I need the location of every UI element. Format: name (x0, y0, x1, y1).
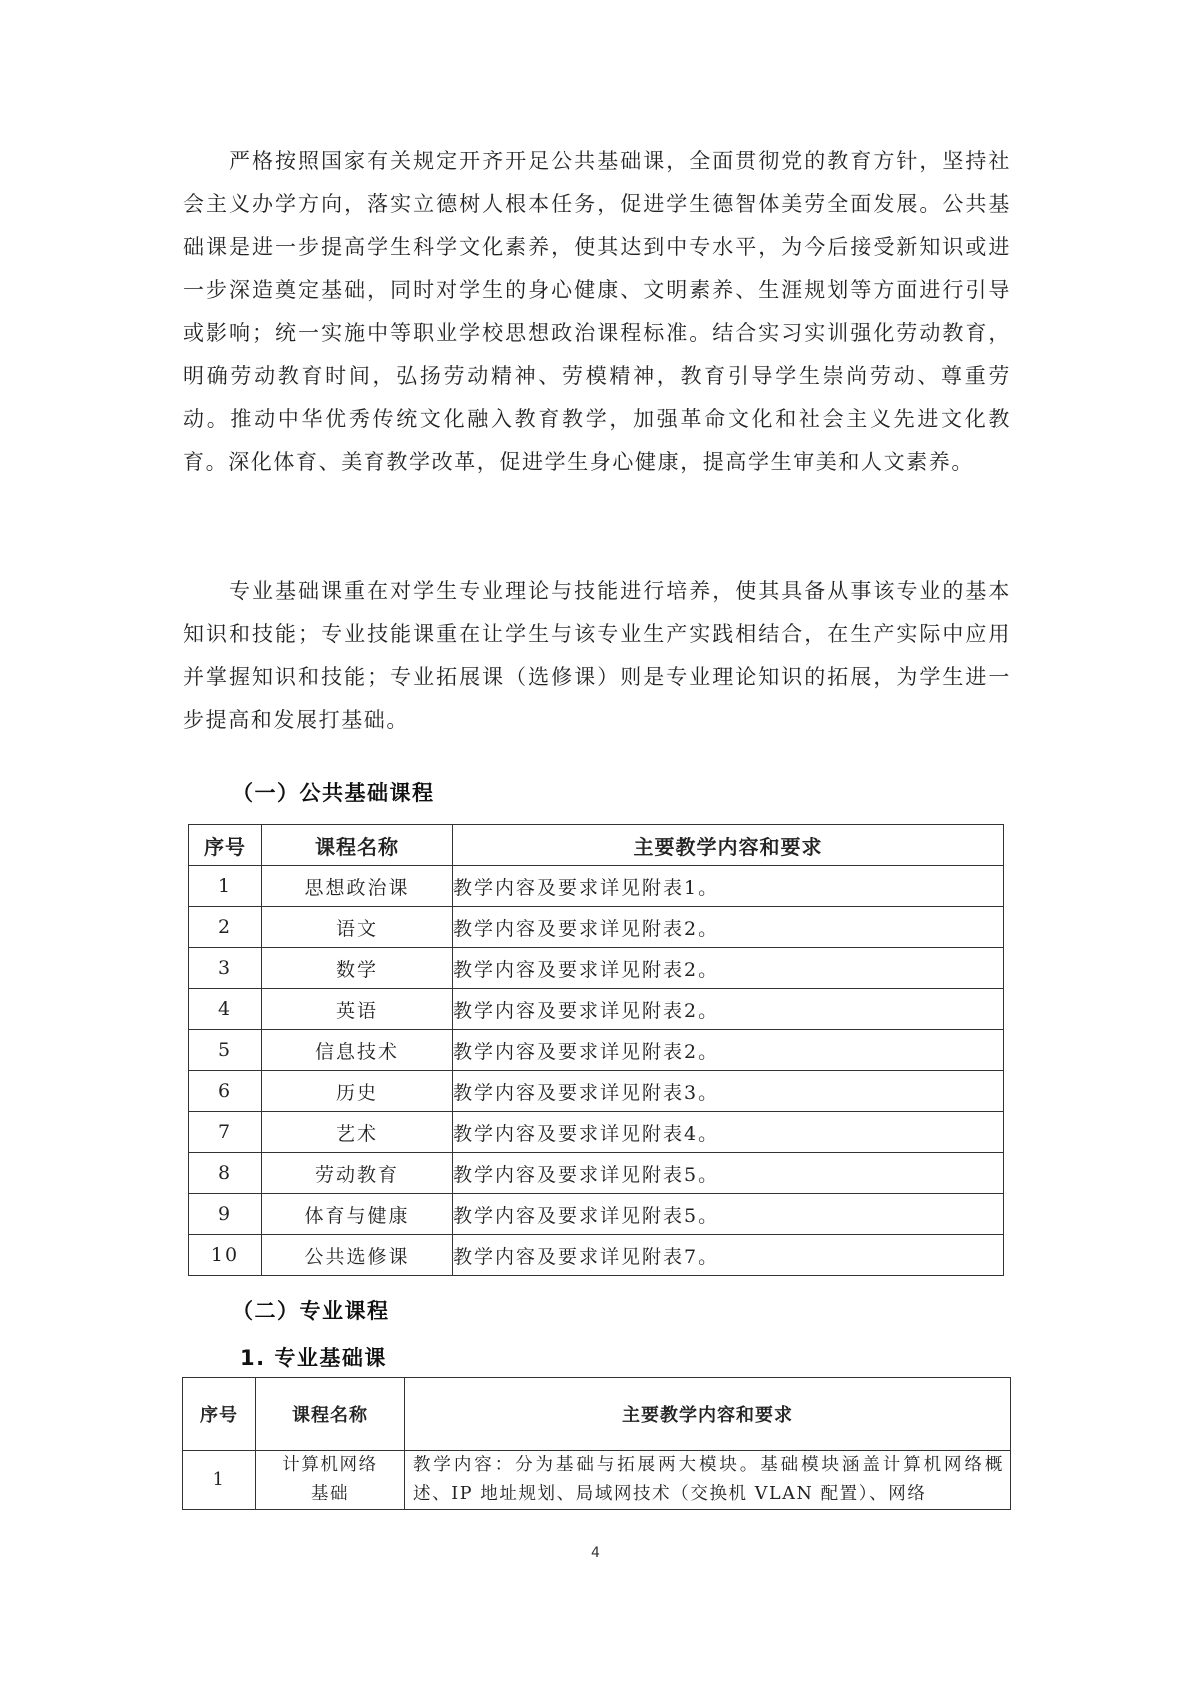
row-content: 教学内容及要求详见附表2。 (453, 948, 1004, 989)
header-content: 主要教学内容和要求 (453, 825, 1004, 866)
table-header-row: 序号 课程名称 主要教学内容和要求 (183, 1378, 1011, 1451)
row-no: 10 (189, 1235, 262, 1276)
row-content: 教学内容及要求详见附表1。 (453, 866, 1004, 907)
row-course-name: 劳动教育 (262, 1153, 453, 1194)
row-course-name: 思想政治课 (262, 866, 453, 907)
course-name-line-1: 计算机网络 (256, 1451, 404, 1480)
row-content: 教学内容及要求详见附表5。 (453, 1153, 1004, 1194)
row-course-name: 计算机网络 基础 (256, 1451, 405, 1510)
row-no: 1 (183, 1451, 256, 1510)
header-course-name: 课程名称 (262, 825, 453, 866)
course-name-line-2: 基础 (256, 1480, 404, 1509)
header-no: 序号 (183, 1378, 256, 1451)
row-no: 1 (189, 866, 262, 907)
row-content: 教学内容及要求详见附表3。 (453, 1071, 1004, 1112)
public-courses-table: 序号 课程名称 主要教学内容和要求 1 思想政治课 教学内容及要求详见附表1。 … (188, 824, 1004, 1276)
row-content: 教学内容及要求详见附表5。 (453, 1194, 1004, 1235)
row-no: 3 (189, 948, 262, 989)
subheading-professional-foundation: 1. 专业基础课 (240, 1342, 387, 1372)
row-no: 6 (189, 1071, 262, 1112)
paragraph-professional-courses: 专业基础课重在对学生专业理论与技能进行培养，使其具备从事该专业的基本知识和技能；… (183, 570, 1011, 742)
row-course-name: 语文 (262, 907, 453, 948)
header-content: 主要教学内容和要求 (405, 1378, 1011, 1451)
table-row: 6 历史 教学内容及要求详见附表3。 (189, 1071, 1004, 1112)
header-no: 序号 (189, 825, 262, 866)
table-row: 1 计算机网络 基础 教学内容：分为基础与拓展两大模块。基础模块涵盖计算机网络概… (183, 1451, 1011, 1510)
table-row: 4 英语 教学内容及要求详见附表2。 (189, 989, 1004, 1030)
paragraph-public-foundation: 严格按照国家有关规定开齐开足公共基础课，全面贯彻党的教育方针，坚持社会主义办学方… (183, 140, 1011, 484)
row-no: 8 (189, 1153, 262, 1194)
document-page: 严格按照国家有关规定开齐开足公共基础课，全面贯彻党的教育方针，坚持社会主义办学方… (0, 0, 1191, 1684)
row-content: 教学内容：分为基础与拓展两大模块。基础模块涵盖计算机网络概述、IP 地址规划、局… (405, 1451, 1011, 1510)
table-row: 8 劳动教育 教学内容及要求详见附表5。 (189, 1153, 1004, 1194)
row-course-name: 体育与健康 (262, 1194, 453, 1235)
row-no: 5 (189, 1030, 262, 1071)
row-no: 4 (189, 989, 262, 1030)
row-course-name: 数学 (262, 948, 453, 989)
row-content: 教学内容及要求详见附表2。 (453, 989, 1004, 1030)
table-row: 10 公共选修课 教学内容及要求详见附表7。 (189, 1235, 1004, 1276)
page-number: 4 (0, 1545, 1191, 1561)
section-heading-public-courses: （一）公共基础课程 (232, 777, 435, 807)
table-row: 1 思想政治课 教学内容及要求详见附表1。 (189, 866, 1004, 907)
row-content: 教学内容及要求详见附表2。 (453, 1030, 1004, 1071)
table-row: 7 艺术 教学内容及要求详见附表4。 (189, 1112, 1004, 1153)
row-course-name: 信息技术 (262, 1030, 453, 1071)
table-row: 9 体育与健康 教学内容及要求详见附表5。 (189, 1194, 1004, 1235)
row-course-name: 艺术 (262, 1112, 453, 1153)
row-no: 7 (189, 1112, 262, 1153)
section-heading-professional-courses: （二）专业课程 (232, 1295, 390, 1325)
table-row: 2 语文 教学内容及要求详见附表2。 (189, 907, 1004, 948)
row-no: 9 (189, 1194, 262, 1235)
row-content: 教学内容及要求详见附表4。 (453, 1112, 1004, 1153)
row-course-name: 公共选修课 (262, 1235, 453, 1276)
row-no: 2 (189, 907, 262, 948)
table-row: 5 信息技术 教学内容及要求详见附表2。 (189, 1030, 1004, 1071)
row-content: 教学内容及要求详见附表2。 (453, 907, 1004, 948)
header-course-name: 课程名称 (256, 1378, 405, 1451)
row-course-name: 历史 (262, 1071, 453, 1112)
row-content: 教学内容及要求详见附表7。 (453, 1235, 1004, 1276)
table-header-row: 序号 课程名称 主要教学内容和要求 (189, 825, 1004, 866)
row-course-name: 英语 (262, 989, 453, 1030)
table-row: 3 数学 教学内容及要求详见附表2。 (189, 948, 1004, 989)
professional-foundation-table: 序号 课程名称 主要教学内容和要求 1 计算机网络 基础 教学内容：分为基础与拓… (182, 1377, 1011, 1510)
